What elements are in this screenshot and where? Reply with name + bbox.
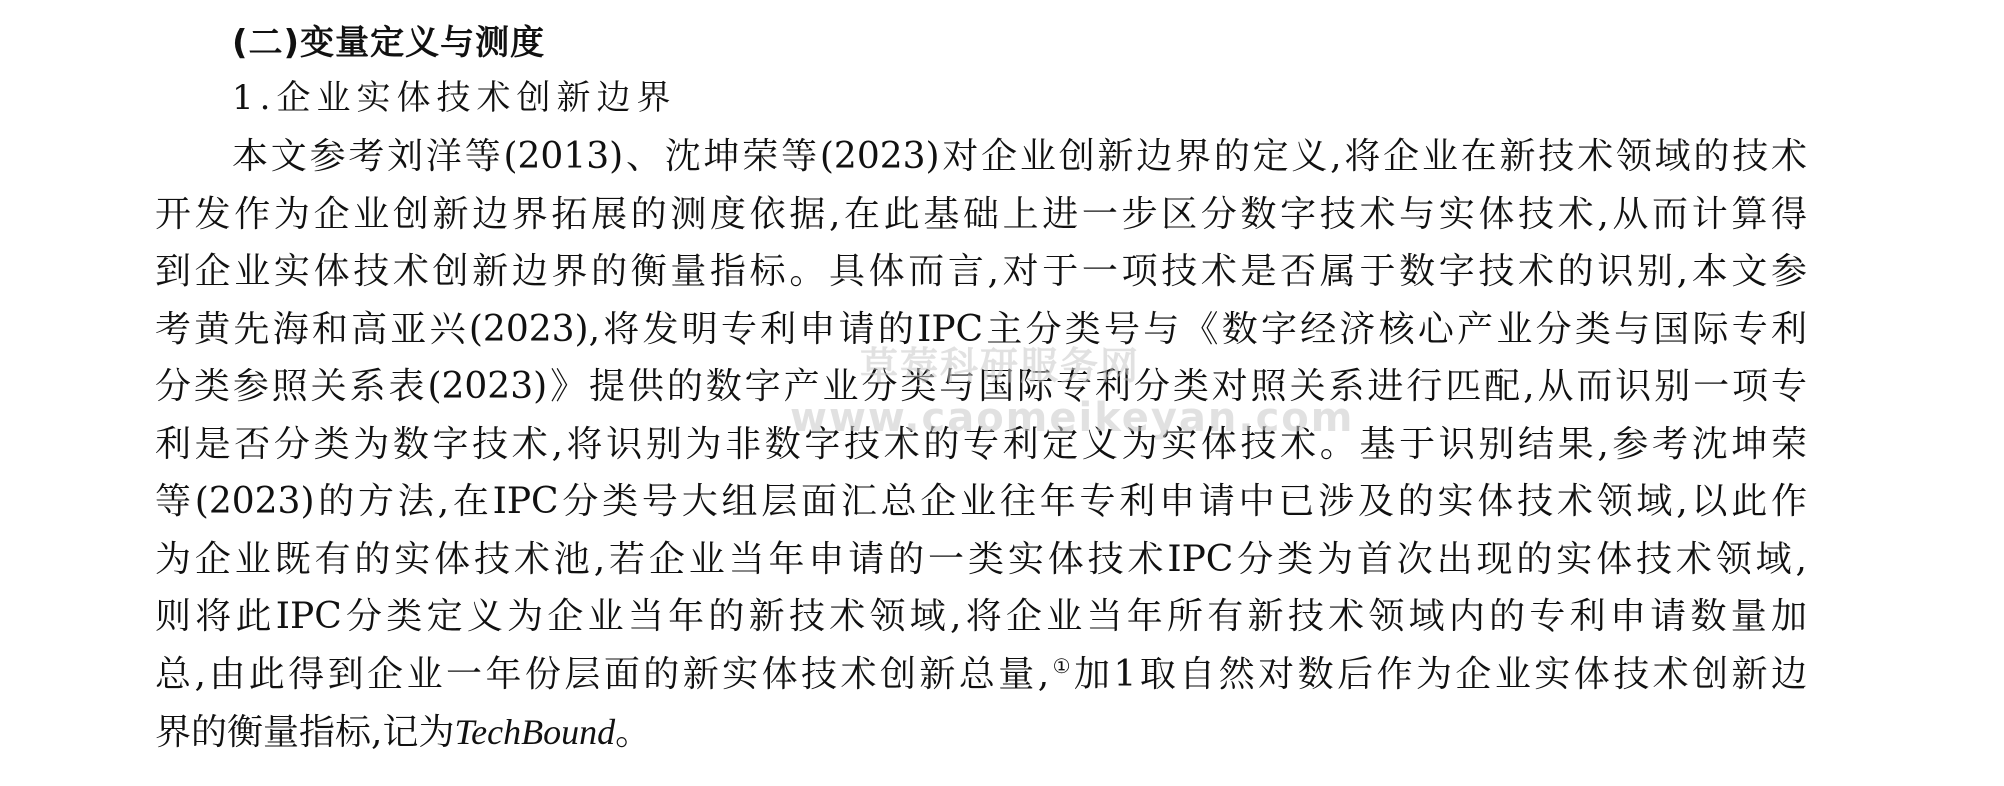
paragraph-line: 利是否分类为数字技术,将识别为非数字技术的专利定义为实体技术。基于识别结果,参考…: [155, 420, 1807, 470]
footnote-marker[interactable]: ①: [1049, 654, 1074, 678]
paragraph-line: 等(2023)的方法,在IPC分类号大组层面汇总企业往年专利申请中已涉及的实体技…: [155, 477, 1807, 527]
paragraph-line: 本文参考刘洋等(2013)、沈坤荣等(2023)对企业创新边界的定义,将企业在新…: [232, 132, 1807, 182]
line-text: 界的衡量指标,记为: [155, 712, 454, 753]
variable-name: TechBound: [454, 712, 615, 752]
section-heading: (二)变量定义与测度: [232, 18, 545, 68]
paragraph-line: 考黄先海和高亚兴(2023),将发明专利申请的IPC主分类号与《数字经济核心产业…: [155, 305, 1807, 355]
paragraph-line: 则将此IPC分类定义为企业当年的新技术领域,将企业当年所有新技术领域内的专利申请…: [155, 592, 1807, 642]
paragraph-last-line: 界的衡量指标,记为TechBound。: [155, 707, 1807, 757]
period: 。: [615, 712, 651, 753]
paragraph-line: 到企业实体技术创新边界的衡量指标。具体而言,对于一项技术是否属于数字技术的识别,…: [155, 247, 1807, 297]
line-text-continued: 加1取自然对数后作为企业实体技术创新边: [1074, 654, 1807, 695]
subsection-heading: 1.企业实体技术创新边界: [232, 73, 676, 123]
line-text: 总,由此得到企业一年份层面的新实体技术创新总量,: [155, 654, 1049, 695]
paragraph-line-with-footnote: 总,由此得到企业一年份层面的新实体技术创新总量,①加1取自然对数后作为企业实体技…: [155, 650, 1807, 700]
paragraph-line: 开发作为企业创新边界拓展的测度依据,在此基础上进一步区分数字技术与实体技术,从而…: [155, 190, 1807, 240]
paragraph-line: 为企业既有的实体技术池,若企业当年申请的一类实体技术IPC分类为首次出现的实体技…: [155, 535, 1807, 585]
paragraph-line: 分类参照关系表(2023)》提供的数字产业分类与国际专利分类对照关系进行匹配,从…: [155, 362, 1807, 412]
